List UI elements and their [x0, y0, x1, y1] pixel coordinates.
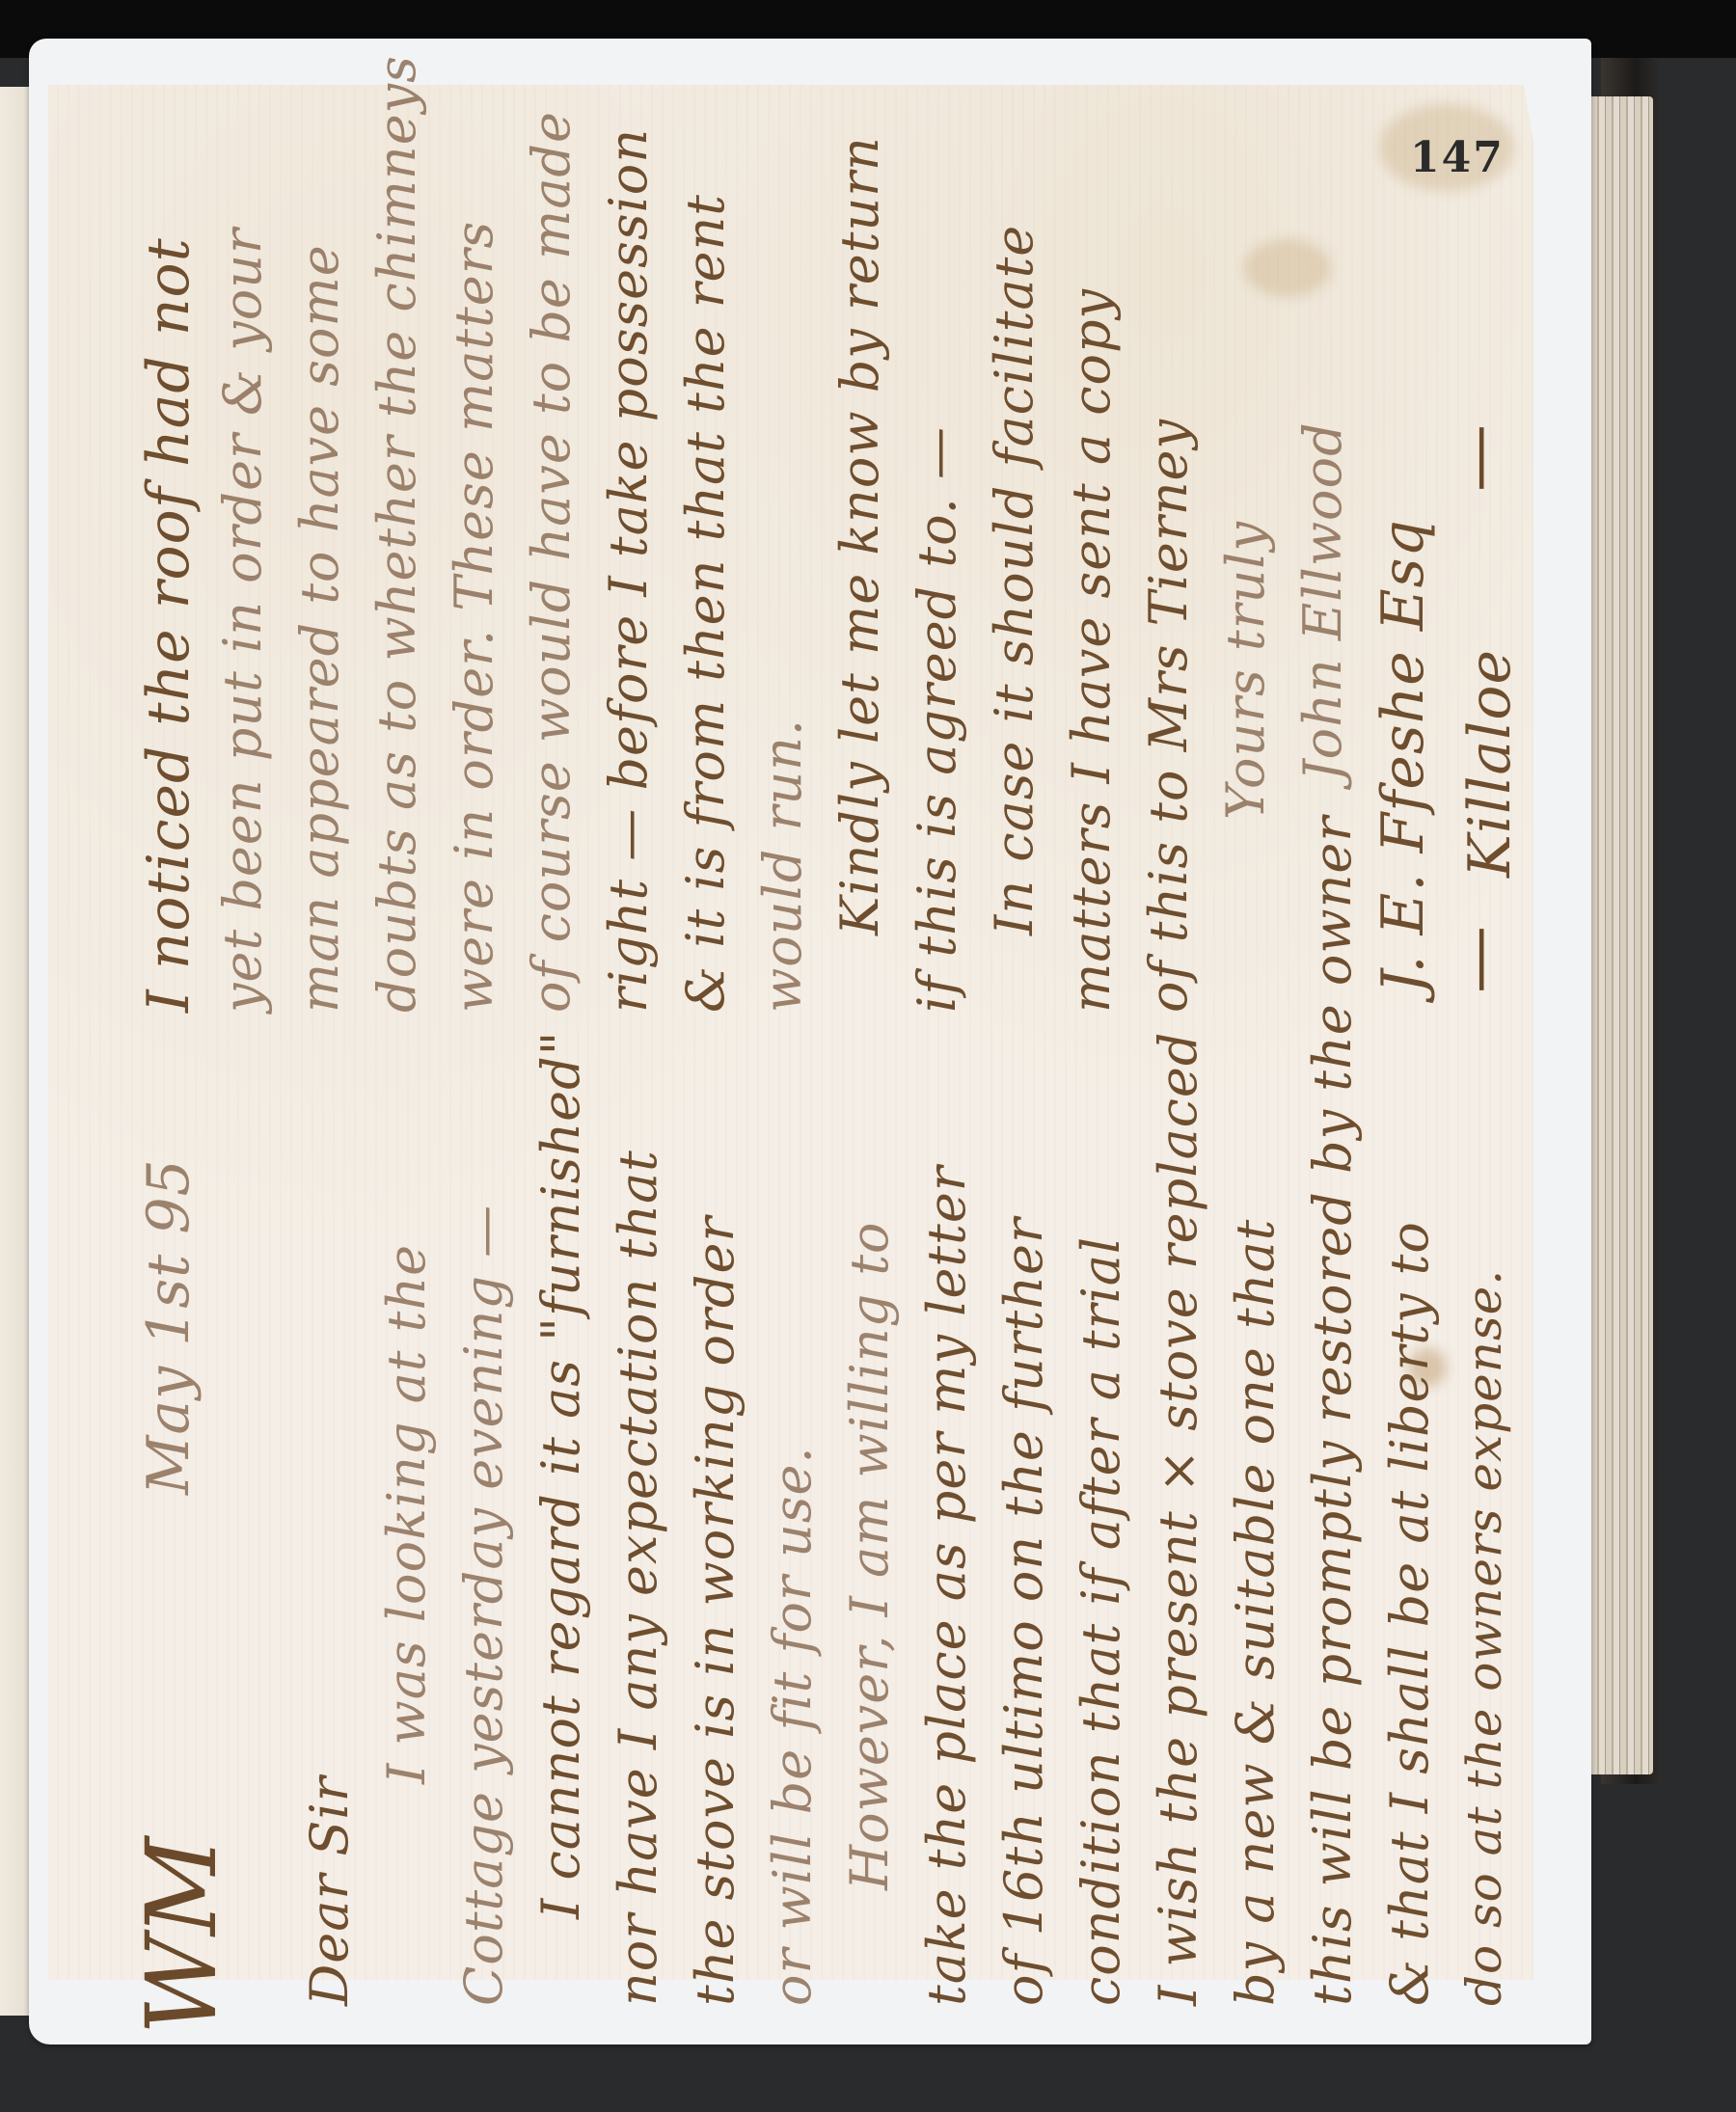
letter-line: I wish the present × stove replaced	[1148, 1032, 1208, 2006]
monogram: WM	[125, 1837, 238, 2035]
addressee-place: Killaloe	[1456, 649, 1524, 878]
letter-line: right — before I take possession	[598, 128, 659, 1013]
letter-line: I noticed the roof had not	[135, 237, 203, 1013]
letter-line: condition that if after a trial	[1071, 1236, 1131, 2006]
letter-line: this will be promptly restored by the ow…	[1302, 816, 1363, 2006]
letter-line: do so at the owners expense.	[1456, 1269, 1512, 2006]
letter-line: of 16th ultimo on the further	[993, 1217, 1054, 2006]
flourish-dash: —	[1437, 926, 1516, 993]
letter-line: Kindly let me know by return	[829, 136, 890, 935]
letter-line: & that I shall be at liberty to	[1379, 1221, 1440, 2006]
letter-line: yet been put in order & your	[212, 228, 273, 1013]
flourish-dash: —	[1437, 424, 1516, 492]
letter-line: were in order. These matters	[444, 221, 504, 1013]
letter-line: would run.	[752, 718, 813, 1013]
letter-text-rotated: WM May 1st 95 Dear Sir I was looking at …	[116, 10, 1485, 2035]
letter-line: I cannot regard it as "furnished"	[530, 1031, 591, 1919]
letter-line: nor have I any expectation that	[608, 1150, 668, 2006]
letter-line: of course would have to be made	[521, 111, 582, 1013]
letter-line: man appeared to have some	[289, 244, 350, 1013]
letter-line: In case it should facilitate	[984, 225, 1044, 935]
addressee-name: J. E. Ffeshe Esq	[1370, 519, 1437, 993]
letter-line: by a new & suitable one that	[1225, 1219, 1286, 2006]
letter-line: & it is from then that the rent	[675, 194, 736, 1013]
letter-line: However, I am willing to	[839, 1221, 900, 1890]
letter-line: if this is agreed to. —	[907, 426, 967, 1013]
closing: Yours truly	[1215, 521, 1276, 820]
letter-line: doubts as to whether the chimneys	[366, 55, 427, 1013]
salutation: Dear Sir	[299, 1775, 360, 2006]
letter-line: of this to Mrs Tierney	[1138, 419, 1199, 1013]
letter-line: Cottage yesterday evening —	[453, 1205, 514, 2006]
signature: John Ellwood	[1292, 421, 1353, 781]
letter-line: the stove is in working order	[685, 1216, 746, 2006]
letter-line: take the place as per my letter	[916, 1165, 977, 2006]
letter-line: matters I have sent a copy	[1061, 288, 1122, 1013]
letter-line: I was looking at the	[376, 1244, 437, 1784]
book-page-edges	[1591, 96, 1653, 1774]
letter-date: May 1st 95	[135, 1158, 203, 1495]
letter-line: or will be fit for use.	[762, 1446, 823, 2006]
